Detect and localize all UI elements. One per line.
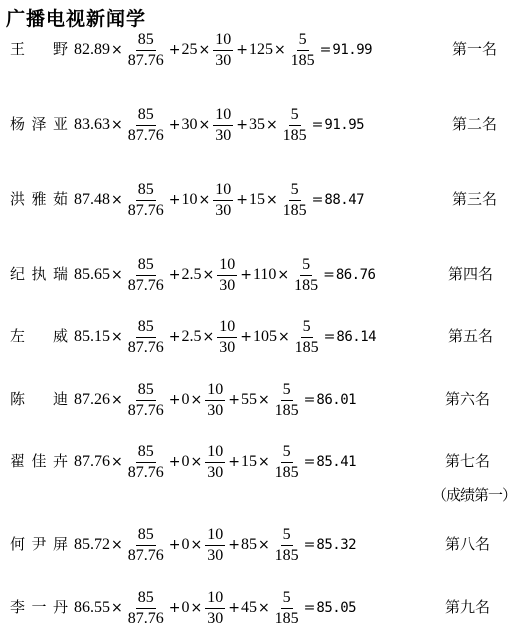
plus-sign: +	[169, 392, 181, 408]
student-name: 纪执瑞	[10, 263, 68, 284]
denominator: 30	[213, 201, 233, 220]
plus-sign: +	[228, 392, 240, 408]
fraction-2: 10 30	[217, 256, 237, 295]
bonus-score-c: 55	[241, 391, 257, 409]
numerator: 85	[136, 526, 156, 546]
score-formula: 87.76 × 85 87.76 + 0 × 10 30 + 15 × 5 18…	[74, 437, 356, 487]
fraction-1: 85 87.76	[126, 106, 166, 145]
denominator: 185	[292, 276, 320, 295]
rank-label: 第七名	[445, 450, 490, 471]
score-formula: 85.72 × 85 87.76 + 0 × 10 30 + 85 × 5 18…	[74, 520, 356, 570]
times-sign: ×	[198, 42, 210, 58]
times-sign: ×	[277, 267, 289, 283]
rank-label: 第一名	[452, 38, 497, 59]
fraction-1: 85 87.76	[126, 256, 166, 295]
base-score: 82.89	[74, 41, 110, 59]
times-sign: ×	[111, 392, 123, 408]
times-sign: ×	[111, 600, 123, 616]
denominator: 30	[217, 338, 237, 357]
numerator: 85	[136, 181, 156, 201]
score-formula: 86.55 × 85 87.76 + 0 × 10 30 + 45 × 5 18…	[74, 583, 356, 633]
numerator: 10	[205, 589, 225, 609]
fraction-3: 5 185	[281, 106, 309, 145]
table-row: 王 野 82.89 × 85 87.76 + 25 × 10 30 + 125 …	[0, 25, 520, 75]
times-sign: ×	[258, 537, 270, 553]
plus-sign: +	[228, 454, 240, 470]
bonus-score-b: 30	[181, 116, 197, 134]
bonus-score-c: 15	[241, 453, 257, 471]
bonus-score-c: 45	[241, 599, 257, 617]
times-sign: ×	[274, 42, 286, 58]
numerator: 10	[213, 31, 233, 51]
denominator: 87.76	[126, 401, 166, 420]
score-formula: 87.48 × 85 87.76 + 10 × 10 30 + 15 × 5 1…	[74, 175, 364, 225]
table-row: 洪雅茹 87.48 × 85 87.76 + 10 × 10 30 + 15 ×…	[0, 175, 520, 225]
plus-sign: +	[169, 267, 181, 283]
plus-sign: +	[240, 329, 252, 345]
equals-sign: =	[304, 600, 316, 616]
fraction-2: 10 30	[205, 381, 225, 420]
times-sign: ×	[111, 537, 123, 553]
times-sign: ×	[190, 454, 202, 470]
student-name: 洪雅茹	[10, 188, 68, 209]
plus-sign: +	[169, 192, 181, 208]
total-score: 85.41	[316, 454, 356, 470]
fraction-2: 10 30	[205, 589, 225, 628]
plus-sign: +	[169, 600, 181, 616]
base-score: 85.72	[74, 536, 110, 554]
score-formula: 83.63 × 85 87.76 + 30 × 10 30 + 35 × 5 1…	[74, 100, 364, 150]
table-row: 何尹屏 85.72 × 85 87.76 + 0 × 10 30 + 85 × …	[0, 520, 520, 570]
bonus-score-c: 105	[253, 328, 277, 346]
score-formula: 82.89 × 85 87.76 + 25 × 10 30 + 125 × 5 …	[74, 25, 372, 75]
equals-sign: =	[324, 329, 336, 345]
student-name: 翟佳卉	[10, 450, 68, 471]
total-score: 88.47	[324, 192, 364, 208]
fraction-1: 85 87.76	[126, 31, 166, 70]
numerator: 10	[205, 526, 225, 546]
denominator: 30	[205, 463, 225, 482]
times-sign: ×	[258, 392, 270, 408]
denominator: 185	[273, 401, 301, 420]
bonus-score-b: 25	[181, 41, 197, 59]
bonus-score-b: 2.5	[181, 328, 201, 346]
base-score: 87.26	[74, 391, 110, 409]
denominator: 87.76	[126, 276, 166, 295]
bonus-score-b: 0	[181, 599, 189, 617]
fraction-3: 5 185	[273, 526, 301, 565]
bonus-score-c: 110	[253, 266, 276, 284]
denominator: 185	[293, 338, 321, 357]
bonus-score-c: 35	[249, 116, 265, 134]
student-name: 李一丹	[10, 596, 68, 617]
score-formula: 87.26 × 85 87.76 + 0 × 10 30 + 55 × 5 18…	[74, 375, 356, 425]
base-score: 87.48	[74, 191, 110, 209]
denominator: 87.76	[126, 126, 166, 145]
times-sign: ×	[266, 117, 278, 133]
denominator: 87.76	[126, 338, 166, 357]
rank-label: 第二名	[452, 113, 497, 134]
equals-sign: =	[304, 454, 316, 470]
plus-sign: +	[169, 329, 181, 345]
plus-sign: +	[228, 600, 240, 616]
bonus-score-b: 0	[181, 536, 189, 554]
times-sign: ×	[198, 192, 210, 208]
base-score: 86.55	[74, 599, 110, 617]
denominator: 185	[289, 51, 317, 70]
table-row: 左 威 85.15 × 85 87.76 + 2.5 × 10 30 + 105…	[0, 312, 520, 362]
numerator: 5	[297, 31, 309, 51]
rank-label: 第四名	[448, 263, 493, 284]
fraction-2: 10 30	[205, 443, 225, 482]
times-sign: ×	[258, 600, 270, 616]
times-sign: ×	[202, 267, 214, 283]
numerator: 85	[136, 106, 156, 126]
times-sign: ×	[202, 329, 214, 345]
times-sign: ×	[111, 329, 123, 345]
total-score: 86.14	[336, 329, 376, 345]
numerator: 5	[281, 381, 293, 401]
times-sign: ×	[111, 267, 123, 283]
fraction-1: 85 87.76	[126, 318, 166, 357]
numerator: 85	[136, 443, 156, 463]
total-score: 86.01	[316, 392, 356, 408]
denominator: 30	[213, 51, 233, 70]
fraction-3: 5 185	[281, 181, 309, 220]
numerator: 10	[217, 318, 237, 338]
numerator: 5	[289, 106, 301, 126]
fraction-1: 85 87.76	[126, 589, 166, 628]
denominator: 185	[281, 126, 309, 145]
times-sign: ×	[111, 117, 123, 133]
plus-sign: +	[228, 537, 240, 553]
fraction-2: 10 30	[213, 31, 233, 70]
fraction-3: 5 185	[273, 443, 301, 482]
times-sign: ×	[266, 192, 278, 208]
times-sign: ×	[190, 537, 202, 553]
total-score: 86.76	[336, 267, 376, 283]
student-name: 陈 迪	[10, 388, 68, 409]
equals-sign: =	[304, 537, 316, 553]
times-sign: ×	[258, 454, 270, 470]
numerator: 10	[213, 106, 233, 126]
numerator: 85	[136, 589, 156, 609]
bonus-score-c: 15	[249, 191, 265, 209]
base-score: 85.65	[74, 266, 110, 284]
numerator: 10	[205, 443, 225, 463]
denominator: 87.76	[126, 51, 166, 70]
rank-label: 第九名	[445, 596, 490, 617]
fraction-3: 5 185	[293, 318, 321, 357]
numerator: 5	[289, 181, 301, 201]
base-score: 85.15	[74, 328, 110, 346]
rank-note: （成绩第一）	[432, 484, 516, 505]
equals-sign: =	[312, 117, 324, 133]
bonus-score-b: 2.5	[181, 266, 201, 284]
bonus-score-b: 0	[181, 391, 189, 409]
plus-sign: +	[169, 42, 181, 58]
plus-sign: +	[169, 537, 181, 553]
fraction-3: 5 185	[292, 256, 320, 295]
plus-sign: +	[169, 454, 181, 470]
total-score: 85.05	[316, 600, 356, 616]
denominator: 185	[273, 609, 301, 628]
fraction-3: 5 185	[273, 589, 301, 628]
table-row: 李一丹 86.55 × 85 87.76 + 0 × 10 30 + 45 × …	[0, 583, 520, 633]
table-row: 杨泽亚 83.63 × 85 87.76 + 30 × 10 30 + 35 ×…	[0, 100, 520, 150]
numerator: 85	[136, 381, 156, 401]
fraction-2: 10 30	[205, 526, 225, 565]
fraction-2: 10 30	[213, 106, 233, 145]
base-score: 83.63	[74, 116, 110, 134]
fraction-2: 10 30	[213, 181, 233, 220]
denominator: 87.76	[126, 463, 166, 482]
score-formula: 85.65 × 85 87.76 + 2.5 × 10 30 + 110 × 5…	[74, 250, 375, 300]
total-score: 91.95	[324, 117, 364, 133]
student-name: 左 威	[10, 325, 68, 346]
denominator: 87.76	[126, 546, 166, 565]
denominator: 185	[273, 546, 301, 565]
fraction-1: 85 87.76	[126, 381, 166, 420]
denominator: 30	[205, 609, 225, 628]
base-score: 87.76	[74, 453, 110, 471]
table-row: 陈 迪 87.26 × 85 87.76 + 0 × 10 30 + 55 × …	[0, 375, 520, 425]
bonus-score-b: 0	[181, 453, 189, 471]
total-score: 85.32	[316, 537, 356, 553]
bonus-score-c: 85	[241, 536, 257, 554]
bonus-score-b: 10	[181, 191, 197, 209]
fraction-1: 85 87.76	[126, 526, 166, 565]
student-name: 何尹屏	[10, 533, 68, 554]
plus-sign: +	[236, 117, 248, 133]
numerator: 85	[136, 31, 156, 51]
equals-sign: =	[320, 42, 332, 58]
denominator: 185	[281, 201, 309, 220]
denominator: 87.76	[126, 609, 166, 628]
numerator: 5	[281, 589, 293, 609]
fraction-1: 85 87.76	[126, 443, 166, 482]
numerator: 85	[136, 256, 156, 276]
times-sign: ×	[111, 192, 123, 208]
equals-sign: =	[312, 192, 324, 208]
times-sign: ×	[190, 392, 202, 408]
table-row: 翟佳卉 87.76 × 85 87.76 + 0 × 10 30 + 15 × …	[0, 437, 520, 487]
plus-sign: +	[236, 42, 248, 58]
equals-sign: =	[323, 267, 335, 283]
fraction-3: 5 185	[289, 31, 317, 70]
rank-label: 第五名	[448, 325, 493, 346]
numerator: 10	[213, 181, 233, 201]
denominator: 30	[213, 126, 233, 145]
bonus-score-c: 125	[249, 41, 273, 59]
rank-label: 第三名	[452, 188, 497, 209]
denominator: 30	[205, 546, 225, 565]
times-sign: ×	[111, 42, 123, 58]
total-score: 91.99	[332, 42, 372, 58]
times-sign: ×	[278, 329, 290, 345]
numerator: 5	[301, 318, 313, 338]
times-sign: ×	[198, 117, 210, 133]
denominator: 185	[273, 463, 301, 482]
numerator: 5	[300, 256, 312, 276]
numerator: 10	[205, 381, 225, 401]
student-name: 杨泽亚	[10, 113, 68, 134]
denominator: 87.76	[126, 201, 166, 220]
student-name: 王 野	[10, 38, 68, 59]
rank-label: 第六名	[445, 388, 490, 409]
score-formula: 85.15 × 85 87.76 + 2.5 × 10 30 + 105 × 5…	[74, 312, 376, 362]
fraction-3: 5 185	[273, 381, 301, 420]
plus-sign: +	[236, 192, 248, 208]
denominator: 30	[217, 276, 237, 295]
fraction-1: 85 87.76	[126, 181, 166, 220]
numerator: 5	[281, 526, 293, 546]
numerator: 5	[281, 443, 293, 463]
denominator: 30	[205, 401, 225, 420]
fraction-2: 10 30	[217, 318, 237, 357]
numerator: 85	[136, 318, 156, 338]
times-sign: ×	[111, 454, 123, 470]
rank-label: 第八名	[445, 533, 490, 554]
times-sign: ×	[190, 600, 202, 616]
equals-sign: =	[304, 392, 316, 408]
numerator: 10	[217, 256, 237, 276]
plus-sign: +	[240, 267, 252, 283]
table-row: 纪执瑞 85.65 × 85 87.76 + 2.5 × 10 30 + 110…	[0, 250, 520, 300]
plus-sign: +	[169, 117, 181, 133]
